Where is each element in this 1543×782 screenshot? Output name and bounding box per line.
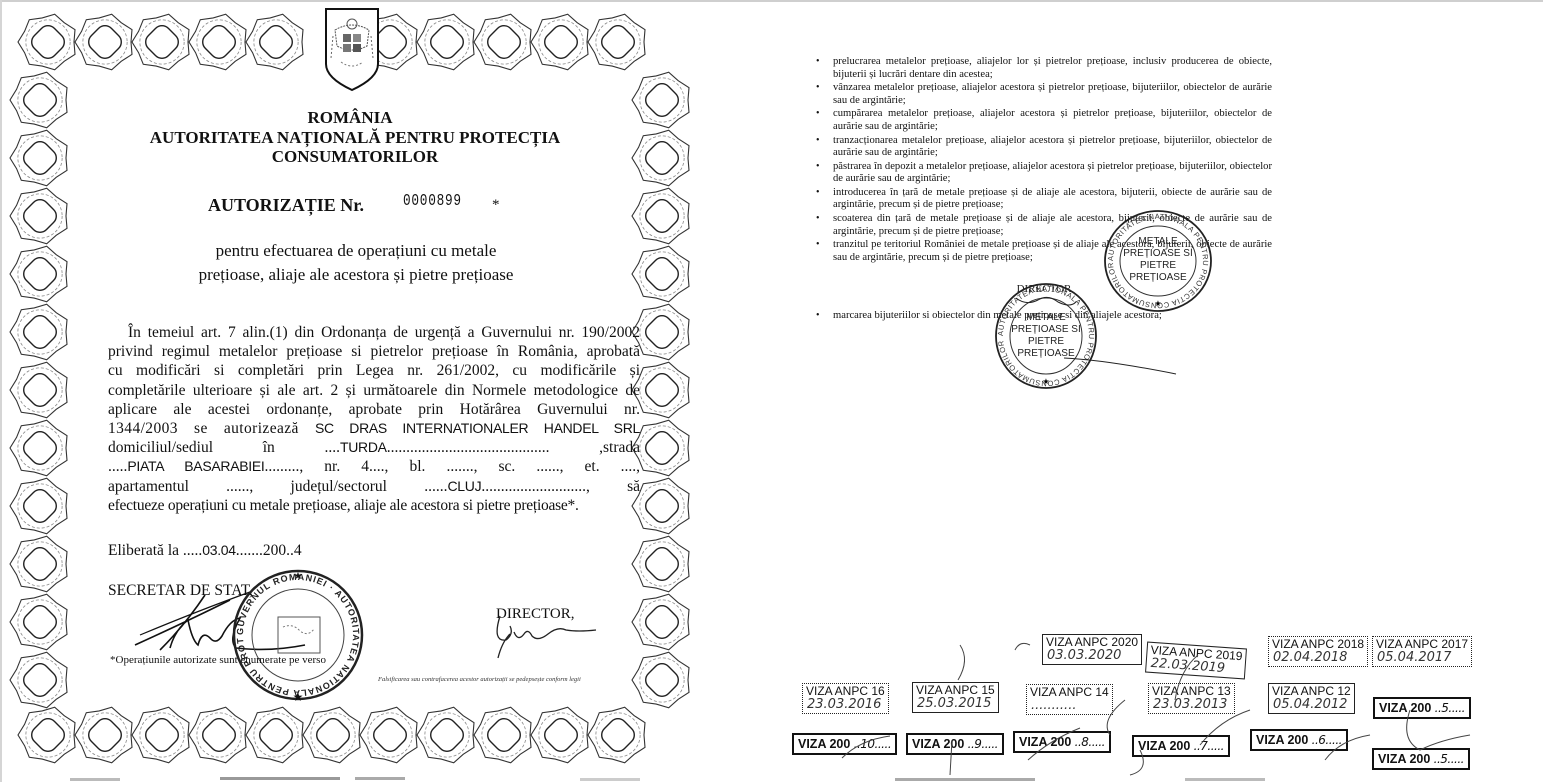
official-round-seal: GUVERNUL ROMANIEI · AUTORITATEA NATIONAL… [228,565,368,705]
certificate-front: ROMÂNIA AUTORITATEA NAȚIONALĂ PENTRU PRO… [0,0,700,782]
svg-text:DIRECTOR: DIRECTOR [1017,283,1072,295]
operations-note: *Operațiunile autorizate sunt enumerate … [110,654,326,666]
body-line: cu modificări si completări prin Legea n… [108,361,640,380]
legal-body: În temeiul art. 7 alin.(1) din Ordonanța… [108,323,640,515]
authorization-label: AUTORIZAȚIE Nr. [208,195,364,216]
subtitle-line-2: prețioase, aliaje ale acestora și pietre… [0,263,712,287]
issued-day-month: 03.04 [202,542,236,558]
svg-text:PREȚIOASE: PREȚIOASE [1017,348,1075,359]
company-name: SC DRAS INTERNATIONALER HANDEL SRL [315,420,640,436]
body-line-final: efectueze operațiuni cu metale prețioase… [108,496,640,515]
authority-heading-2: CONSUMATORILOR [0,147,710,166]
svg-text:METALE: METALE [1138,236,1178,247]
body-line-street: .....PIATA BASARABIEI........., nr. 4...… [108,457,640,476]
svg-text:★: ★ [294,571,303,582]
svg-text:PIETRE: PIETRE [1140,260,1176,271]
falsification-note: Falsificarea sau contrafacerea acestor a… [378,676,581,683]
operation-item: cumpărarea metalelor prețioase, aliajelo… [816,108,1272,133]
svg-text:★: ★ [1042,377,1049,386]
svg-text:PREȚIOASE SI: PREȚIOASE SI [1011,324,1080,335]
svg-text:PREȚIOASE SI: PREȚIOASE SI [1123,248,1192,259]
operation-item: păstrarea în depozit a metalelor prețioa… [816,161,1272,186]
body-line: aplicare ale acestei ordonanțe, aprobate… [108,400,640,419]
metals-seal-lower: AUTORITATEA NATIONALA PENTRU PROTECTIA C… [986,276,1186,391]
county-value: CLUJ [448,478,482,494]
certificate-subtitle: pentru efectuarea de operațiuni cu metal… [0,239,712,287]
country-heading: ROMÂNIA [0,108,700,127]
svg-text:GUVERNUL ROMANIEI · AUTORITATE: GUVERNUL ROMANIEI · AUTORITATEA NATIONAL… [228,565,361,698]
scan-bottom-edge [0,770,1543,782]
issued-date: Eliberată la .....03.04.......200..4 [108,542,302,560]
handwritten-signatures [780,640,1543,780]
seal-ring-text: GUVERNUL ROMANIEI · AUTORITATEA NATIONAL… [228,565,361,698]
director-signature [488,612,608,664]
body-line-company: 1344/2003 se autorizează SC DRAS INTERNA… [108,419,640,438]
authorization-star: * [492,197,500,214]
operation-item: tranzacționarea metalelor prețioase, ali… [816,135,1272,160]
body-line-domicile: domiciliul/sediul în ....TURDA..........… [108,438,640,457]
coat-of-arms-icon [323,6,381,92]
authorization-number: 0000899 [403,192,462,211]
body-line-county: apartamentul ......, județul/sectorul ..… [108,477,640,496]
street-value: PIATA BASARABIEI [127,458,264,474]
svg-text:★: ★ [293,690,304,704]
certificate-verso: prelucrarea metalelor prețioase, aliajel… [780,0,1543,782]
body-line: completările ulterioare și ale art. 2 și… [108,381,640,400]
svg-text:METALE: METALE [1026,312,1066,323]
authority-heading: AUTORITATEA NAȚIONALĂ PENTRU PROTECȚIA [0,128,710,147]
city-value: TURDA [340,439,387,455]
operation-item: prelucrarea metalelor prețioase, aliajel… [816,56,1272,81]
subtitle-line-1: pentru efectuarea de operațiuni cu metal… [0,239,712,263]
body-line: privind regimul metalelor prețioase si p… [108,342,640,361]
svg-text:PIETRE: PIETRE [1028,336,1064,347]
body-line: În temeiul art. 7 alin.(1) din Ordonanța… [108,323,640,342]
operation-item: vânzarea metalelor prețioase, aliajelor … [816,82,1272,107]
